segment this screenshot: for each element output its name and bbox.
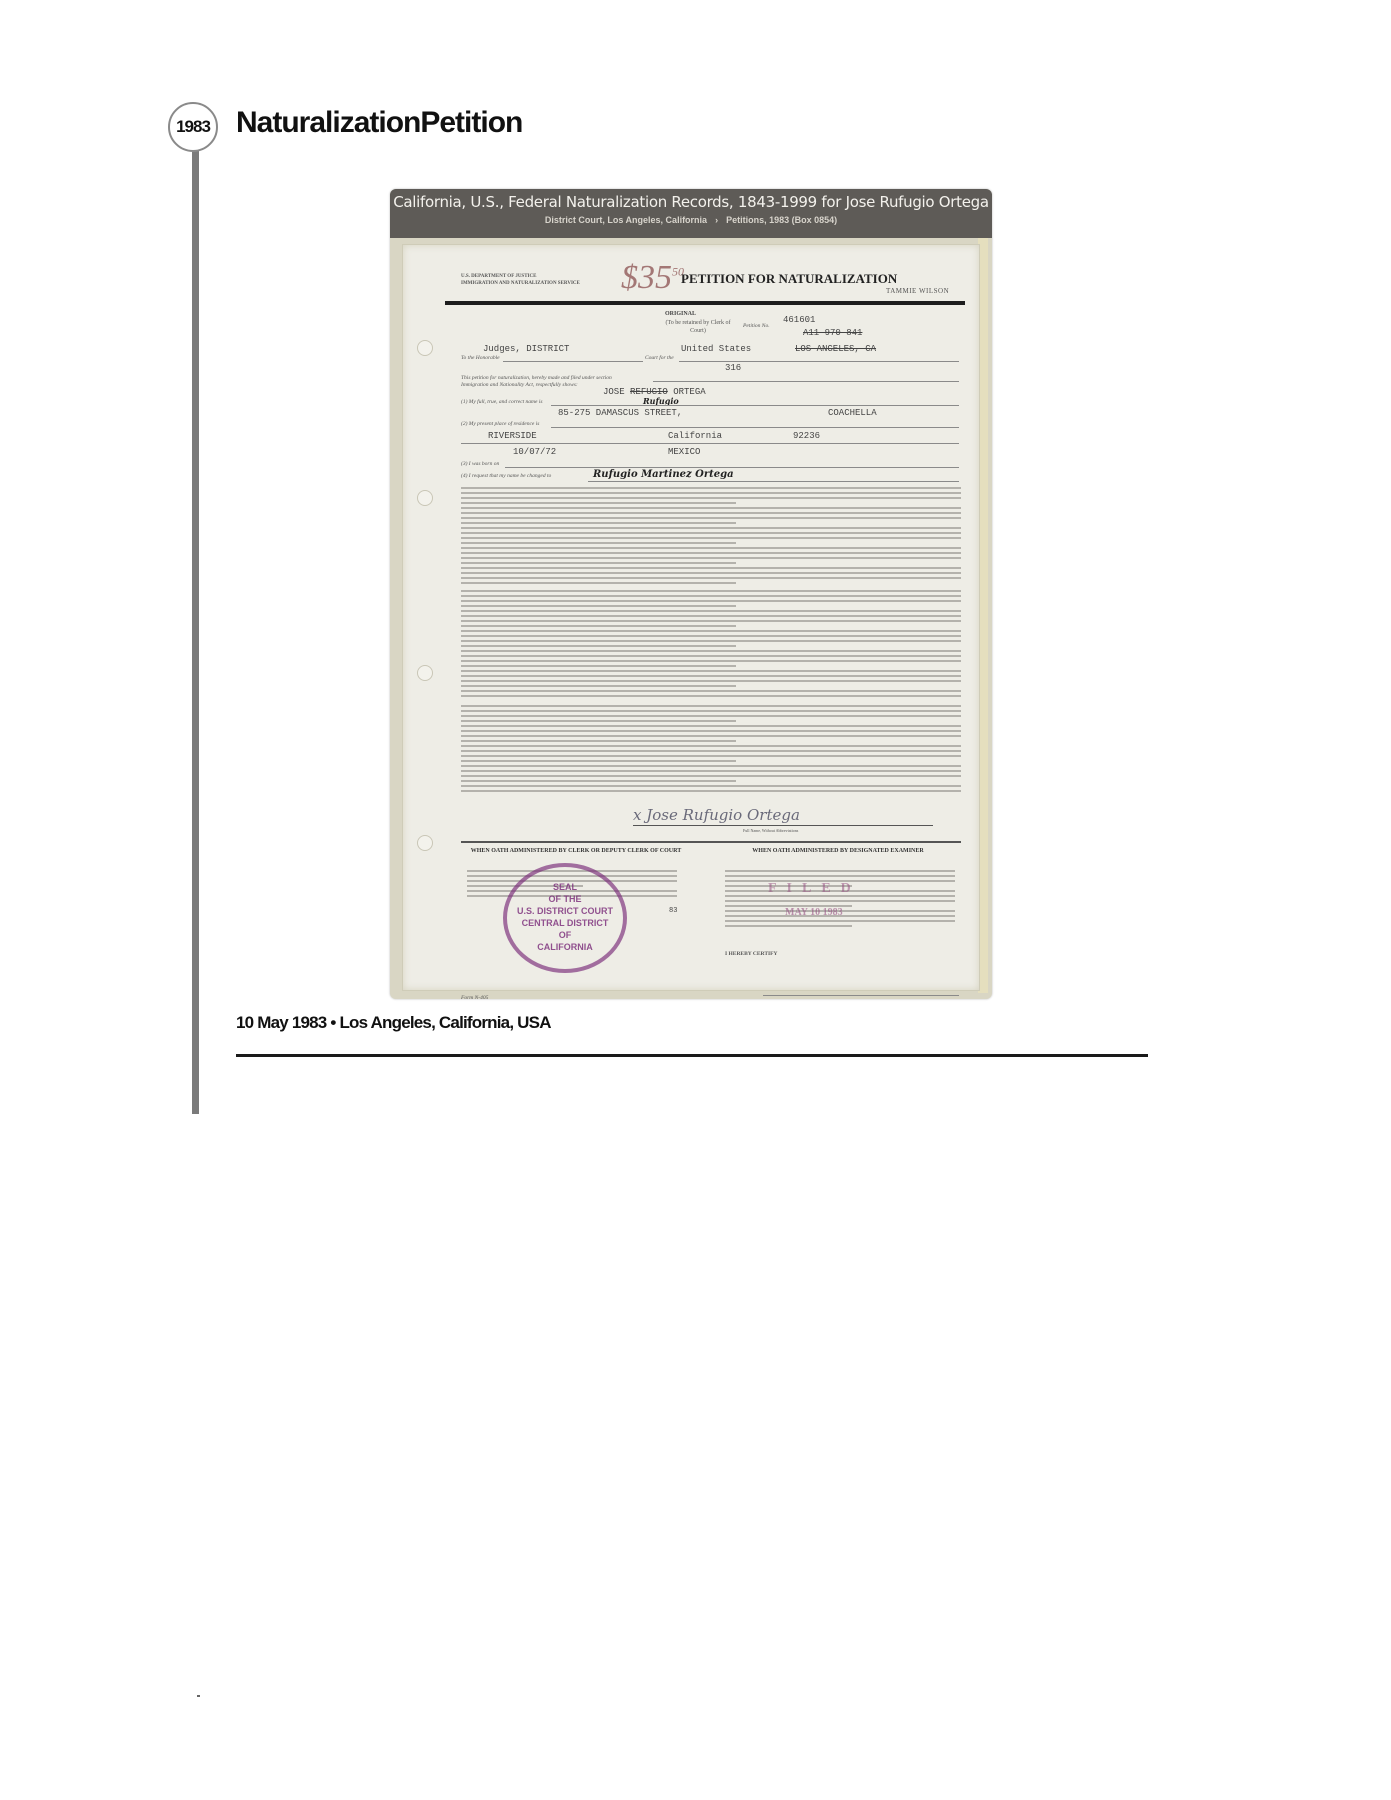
fine-print-line [461, 620, 961, 622]
fine-print-line [461, 790, 961, 792]
fine-print-line [461, 610, 961, 612]
punch-hole [417, 340, 433, 356]
seal-line: SEAL [507, 881, 623, 893]
fine-print-line [461, 497, 961, 499]
punch-hole [417, 835, 433, 851]
fine-print-line [461, 507, 961, 509]
fine-print-line [461, 755, 961, 757]
fine-print-line [461, 715, 961, 717]
item3-label: (3) I was born on [461, 461, 499, 467]
fine-print-line [461, 552, 961, 554]
fine-print-line [461, 685, 736, 687]
fine-print-line [461, 750, 961, 752]
divider [445, 301, 965, 305]
petitioner-signature: x Jose Rufugio Ortega [633, 806, 800, 824]
court-for-label: Court for the [645, 355, 674, 361]
fine-print-line [461, 640, 961, 642]
fine-print-line [725, 875, 955, 877]
fine-print-line [461, 630, 961, 632]
county: RIVERSIDE [488, 431, 537, 441]
divider [461, 841, 961, 843]
oath-clerk-heading: WHEN OATH ADMINISTERED BY CLERK OR DEPUT… [461, 848, 691, 854]
fine-print-line [725, 925, 852, 927]
court-for: United States [681, 344, 751, 354]
fine-print-line [461, 695, 961, 697]
field-line [551, 405, 959, 406]
state: California [668, 431, 722, 441]
fine-print-line [461, 720, 736, 722]
fine-print-line [461, 785, 961, 787]
item2-label: (2) My present place of residence is [461, 421, 539, 427]
fine-print-line [461, 522, 736, 524]
fine-print-line [461, 487, 961, 489]
field-line [505, 467, 959, 468]
field-line [679, 361, 959, 362]
fine-print-line [461, 740, 736, 742]
intro-text: This petition for naturalization, hereby… [461, 375, 612, 381]
fine-print-line [461, 730, 961, 732]
intro-text: Immigration and Nationality Act, respect… [461, 382, 578, 388]
field-line [461, 443, 959, 444]
fine-print-line [461, 780, 736, 782]
field-line [588, 481, 959, 482]
fine-print-line [725, 920, 955, 922]
fine-print-line [461, 502, 736, 504]
form-title: PETITION FOR NATURALIZATION [681, 271, 897, 287]
requested-name: Rufugio Martinez Ortega [593, 469, 734, 480]
event-caption: 10 May 1983 • Los Angeles, California, U… [236, 1013, 551, 1033]
fine-print-line [461, 532, 961, 534]
fine-print-line [461, 527, 961, 529]
record-source: District Court, Los Angeles, California›… [390, 215, 992, 225]
seal-line: U.S. DISTRICT COURT [507, 905, 623, 917]
fine-print-line [461, 547, 961, 549]
timeline-line [192, 146, 199, 1114]
fine-print-line [461, 577, 961, 579]
petition-statements [461, 705, 961, 795]
name-first: JOSE [603, 387, 625, 397]
fine-print-line [461, 567, 961, 569]
agency-line: Immigration and Naturalization Service [461, 280, 601, 287]
punch-hole [417, 665, 433, 681]
fine-print-line [461, 542, 736, 544]
birth-date: 10/07/72 [513, 447, 556, 457]
petition-no-label: Petition No. [743, 323, 770, 329]
filed-date-stamp: MAY 10 1983 [785, 907, 843, 918]
zip-code: 92236 [793, 431, 820, 441]
fine-print-line [461, 775, 961, 777]
fine-print-line [461, 645, 736, 647]
record-court: District Court, Los Angeles, California [545, 215, 707, 225]
fine-print-line [461, 537, 961, 539]
petition-statements [461, 590, 961, 700]
fine-print-line [461, 635, 961, 637]
fine-print-line [725, 870, 955, 872]
record-series: Petitions, 1983 (Box 0854) [726, 215, 837, 225]
birth-place: MEXICO [668, 447, 700, 457]
fine-print-line [461, 562, 736, 564]
signature-line [633, 825, 933, 826]
court-name: Judges, DISTRICT [483, 344, 569, 354]
fine-print-line [461, 557, 961, 559]
fine-print-line [461, 680, 961, 682]
fine-print-line [461, 765, 961, 767]
seal-line: CALIFORNIA [507, 941, 623, 953]
fine-print-line [725, 900, 955, 902]
fine-print-line [461, 670, 961, 672]
city: COACHELLA [828, 408, 877, 418]
fine-print-line [461, 690, 961, 692]
fine-print-line [461, 705, 961, 707]
year-badge: 1983 [168, 102, 218, 152]
page-mark [197, 1695, 200, 1697]
fine-print-line [461, 590, 961, 592]
seal-line: OF [507, 929, 623, 941]
fine-print-line [461, 655, 961, 657]
fine-print-line [461, 725, 961, 727]
oath-examiner-heading: WHEN OATH ADMINISTERED BY DESIGNATED EXA… [723, 848, 953, 854]
fine-print-line [461, 605, 736, 607]
fine-print-line [461, 650, 961, 652]
copy-label: ORIGINAL [665, 311, 696, 317]
field-line [653, 381, 959, 382]
seal-line: OF THE [507, 893, 623, 905]
agency-line: U.S. Department of Justice [461, 273, 601, 280]
form-number: Form N-405 [461, 995, 488, 999]
fine-print-line [461, 735, 961, 737]
certify-text: I HEREBY CERTIFY [725, 951, 777, 957]
item1-label: (1) My full, true, and correct name is [461, 399, 543, 405]
to-honorable-label: To the Honorable [461, 355, 500, 361]
punch-hole [417, 490, 433, 506]
fine-print-line [461, 615, 961, 617]
breadcrumb-separator: › [715, 215, 718, 225]
event-title: NaturalizationPetition [236, 106, 522, 140]
fine-print-line [461, 492, 961, 494]
fine-print-line [461, 710, 961, 712]
caption-divider [236, 1054, 1148, 1057]
court-location: LOS ANGELES, CA [795, 344, 876, 354]
fine-print-line [461, 625, 736, 627]
examiner-oath-text [725, 870, 955, 930]
filed-stamp: FILED [768, 881, 861, 897]
examiner-name: TAMMIE WILSON [886, 287, 949, 295]
record-image[interactable]: California, U.S., Federal Naturalization… [390, 189, 992, 999]
seal-line: CENTRAL DISTRICT [507, 917, 623, 929]
petition-document: U.S. Department of Justice Immigration a… [402, 244, 980, 991]
street-address: 85-275 DAMASCUS STREET, [558, 408, 682, 418]
fine-print-line [461, 665, 736, 667]
fine-print-line [461, 675, 961, 677]
fine-print-line [461, 582, 736, 584]
petition-number: 461601 [783, 315, 815, 325]
fee-amount: $35 [621, 259, 672, 296]
fine-print-line [461, 595, 961, 597]
fine-print-line [461, 600, 961, 602]
agency-name: U.S. Department of Justice Immigration a… [461, 273, 601, 287]
court-seal-stamp: SEALOF THEU.S. DISTRICT COURTCENTRAL DIS… [503, 863, 627, 973]
field-line [503, 361, 643, 362]
record-title: California, U.S., Federal Naturalization… [390, 189, 992, 211]
retain-note: (To be retained by Clerk of Court) [663, 319, 733, 335]
fine-print-line [461, 512, 961, 514]
fee-annotation: $3550 [621, 259, 684, 297]
record-header: California, U.S., Federal Naturalization… [390, 189, 992, 238]
item4-label: (4) I request that my name be changed to [461, 473, 551, 479]
fine-print-line [461, 770, 961, 772]
alien-number: A11 970 841 [803, 328, 862, 338]
petition-statements [461, 487, 961, 587]
field-line [551, 427, 959, 428]
fine-print-line [461, 660, 961, 662]
fine-print-line [461, 572, 961, 574]
field-line [763, 995, 959, 996]
year-suffix: 83 [669, 907, 677, 915]
fine-print-line [461, 760, 736, 762]
fine-print-line [461, 517, 961, 519]
fine-print-line [461, 745, 961, 747]
section-number: 316 [725, 363, 741, 373]
signature-caption: Full Name, Without Abbreviations [743, 828, 798, 833]
